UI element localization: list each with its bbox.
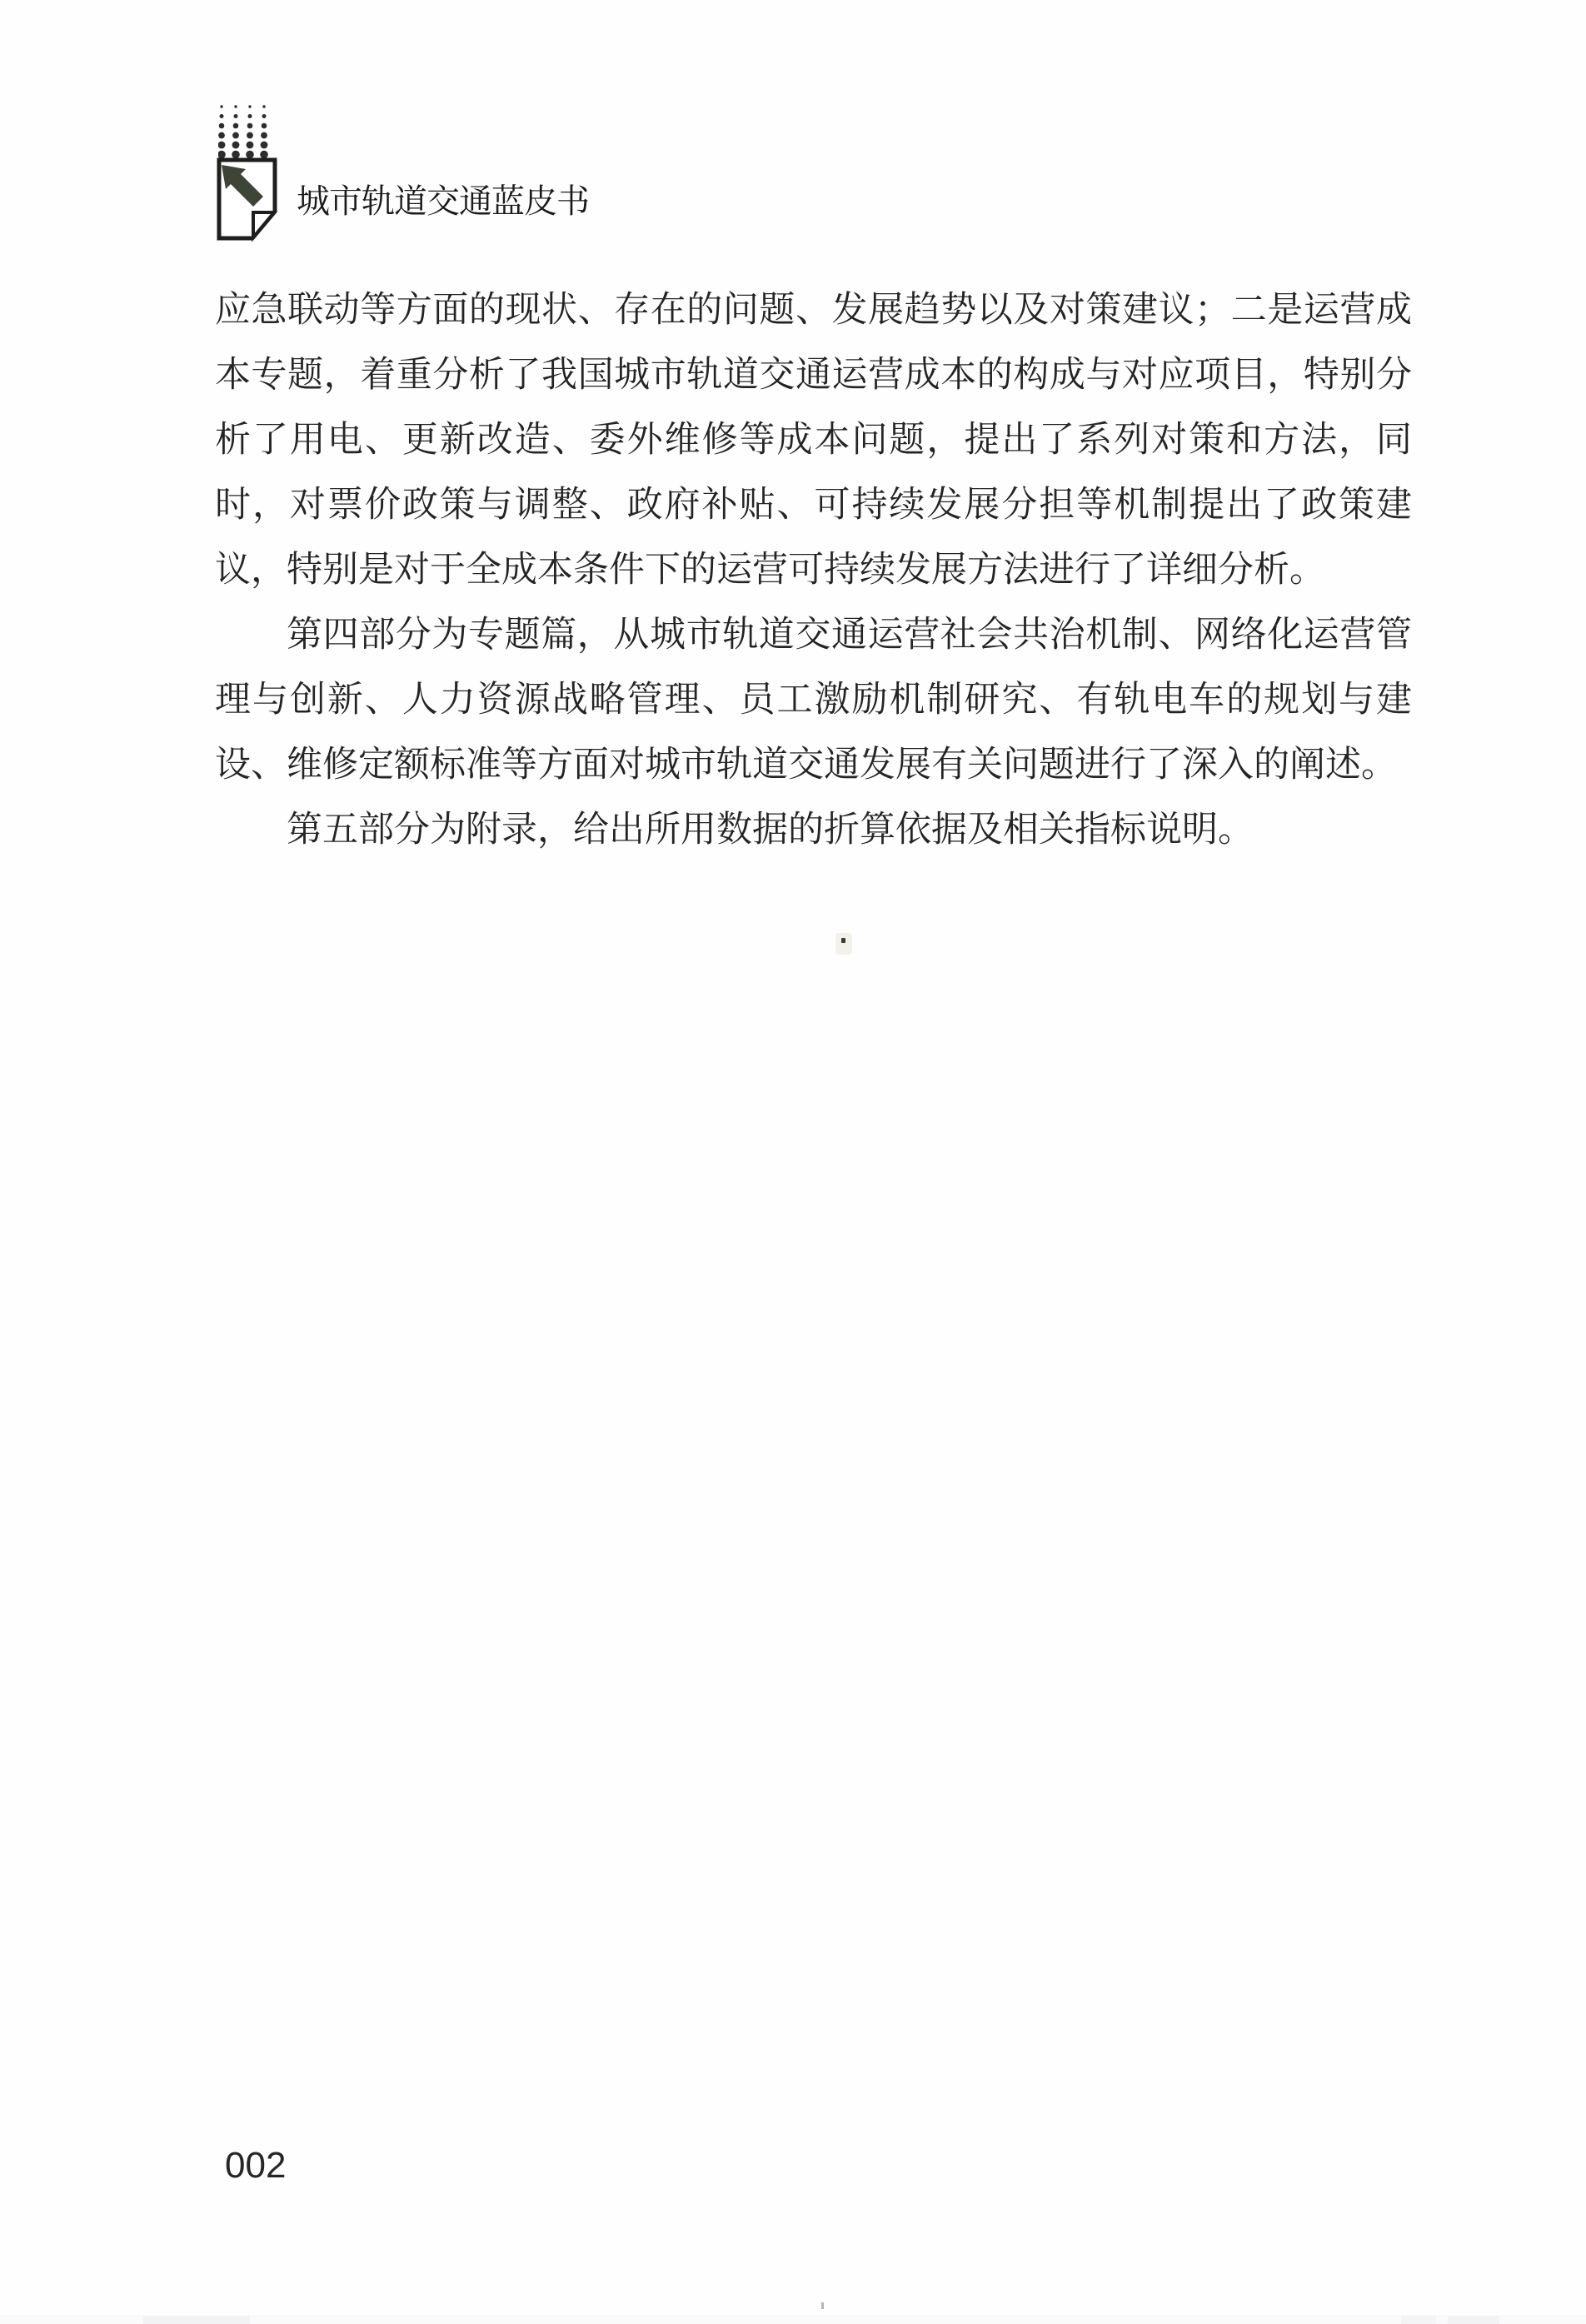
dot-matrix-icon (218, 103, 268, 158)
scan-speck (821, 2302, 824, 2309)
text-line: 设、维修定额标准等方面对城市轨道交通发展有关问题进行了深入的阐述。 (215, 733, 1412, 798)
body-text: 应急联动等方面的现状、存在的问题、发展趋势以及对策建议；二是运营成 本专题，着重… (215, 278, 1412, 863)
text-line: 析了用电、更新改造、委外维修等成本问题，提出了系列对策和方法，同 (215, 408, 1412, 473)
series-title: 城市轨道交通蓝皮书 (297, 182, 589, 222)
scanned-page: 城市轨道交通蓝皮书 应急联动等方面的现状、存在的问题、发展趋势以及对策建议；二是… (0, 0, 1586, 2324)
text-line: 应急联动等方面的现状、存在的问题、发展趋势以及对策建议；二是运营成 (215, 278, 1412, 343)
scan-artifact (1448, 2316, 1499, 2324)
text-line: 时，对票价政策与调整、政府补贴、可持续发展分担等机制提出了政策建 (215, 473, 1412, 538)
text-line: 理与创新、人力资源战略管理、员工激励机制研究、有轨电车的规划与建 (215, 668, 1412, 733)
text-line: 本专题，着重分析了我国城市轨道交通运营成本的构成与对应项目，特别分 (215, 343, 1412, 408)
text-line: 第四部分为专题篇，从城市轨道交通运营社会共治机制、网络化运营管 (215, 603, 1412, 668)
scan-artifact (143, 2316, 250, 2324)
scan-speck (841, 938, 845, 943)
page-number: 002 (225, 2147, 286, 2184)
page-arrow-icon (215, 157, 280, 243)
text-line: 第五部分为附录，给出所用数据的折算依据及相关指标说明。 (215, 798, 1412, 863)
scan-artifact (1401, 2316, 1436, 2324)
scan-speck-halo (835, 933, 852, 955)
text-line: 议，特别是对于全成本条件下的运营可持续发展方法进行了详细分析。 (215, 538, 1412, 603)
